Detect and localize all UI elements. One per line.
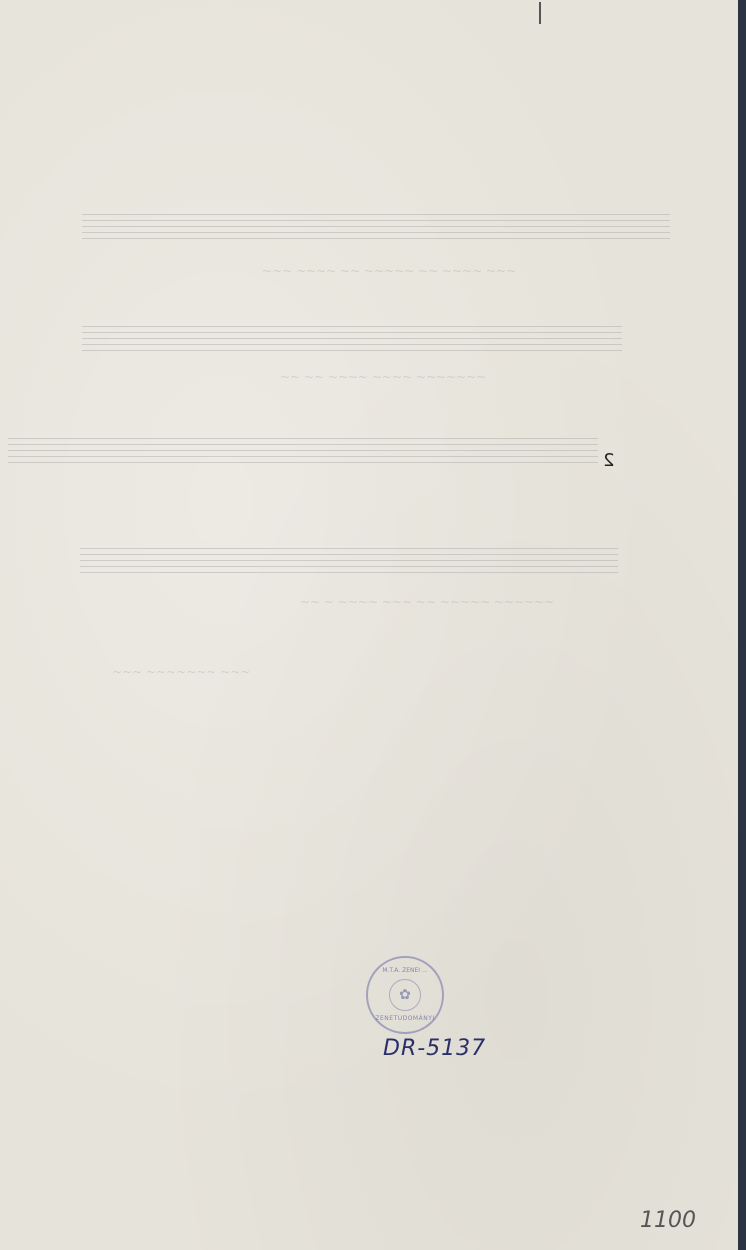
shelfmark: DR-5137: [383, 1036, 486, 1061]
bleed-through-text: ~~~ ~~~~ ~~ ~~~~~ ~~ ~~~~ ~~~: [262, 264, 516, 278]
bleed-through-staff-1: [82, 214, 670, 238]
bleed-through-staff-4: [80, 548, 618, 572]
pencil-mark: 2: [603, 450, 614, 471]
bleed-through-text: ~~ ~ ~~~~ ~~~ ~~ ~~~~~ ~~~~~~: [300, 595, 554, 609]
stamp-emblem-icon: ✿: [389, 979, 421, 1011]
top-edge-mark: [539, 2, 541, 24]
library-seal-icon: M.T.A. ZENEI ... ✿ ZENETUDOMÁNYI: [366, 956, 444, 1034]
bleed-through-text: ~~~ ~~~~~~~ ~~~: [112, 665, 250, 679]
bleed-through-text: ~~ ~~ ~~~~ ~~~~ ~~~~~~~: [280, 370, 486, 384]
folio-number: 1100: [640, 1208, 696, 1233]
stamp-bottom-text: ZENETUDOMÁNYI: [368, 1015, 442, 1022]
scan-edge: [738, 0, 746, 1250]
bleed-through-staff-3: [8, 438, 598, 462]
manuscript-page: ~~~ ~~~~ ~~ ~~~~~ ~~ ~~~~ ~~~ ~~ ~~ ~~~~…: [0, 0, 738, 1250]
bleed-through-staff-2: [82, 326, 622, 350]
stamp-top-text: M.T.A. ZENEI ...: [368, 967, 442, 974]
